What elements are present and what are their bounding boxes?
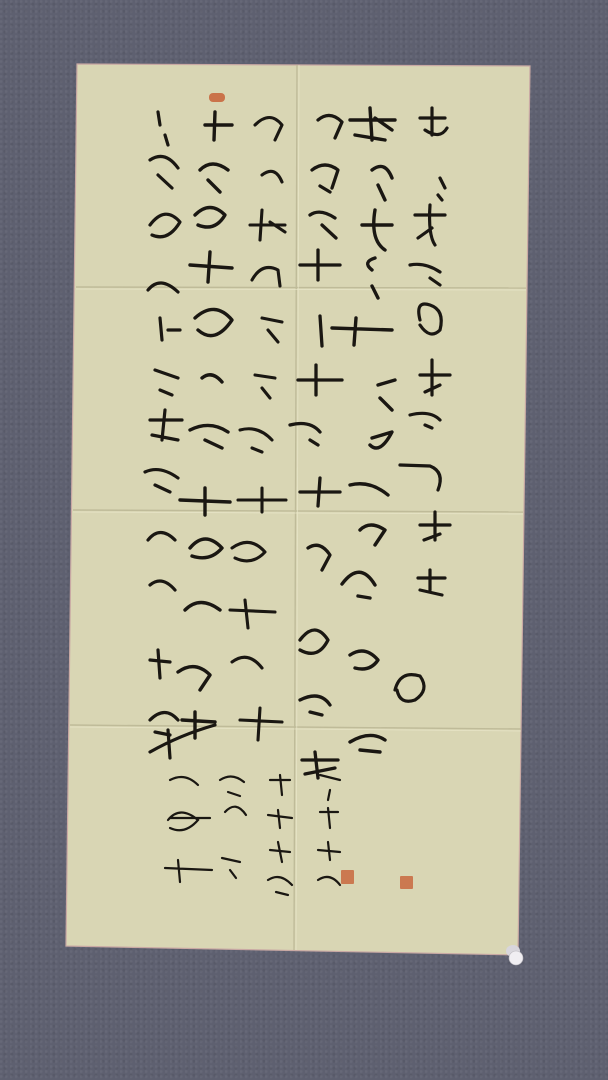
pushpin-icon (506, 945, 523, 965)
signature-seal-2 (400, 876, 413, 889)
signature-seal-1 (341, 870, 354, 884)
leading-seal (209, 93, 225, 102)
paper-sheet (66, 64, 530, 955)
calligraphy-scene (0, 0, 608, 1080)
